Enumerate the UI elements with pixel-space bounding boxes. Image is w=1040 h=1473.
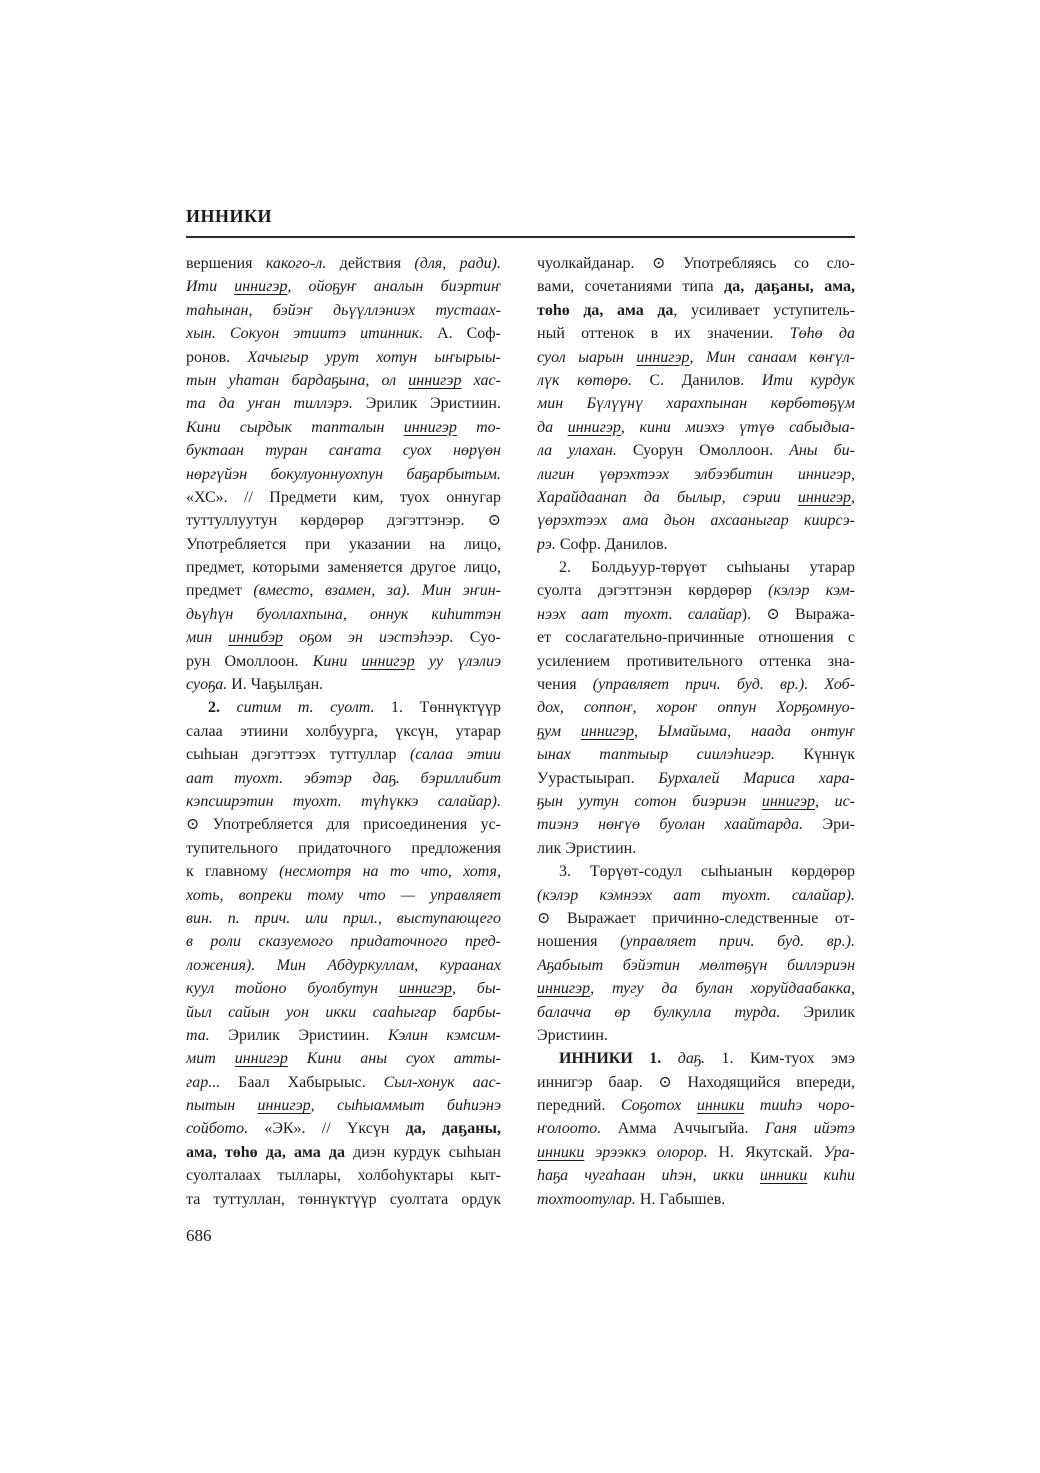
text-segment: киһи (807, 1167, 855, 1184)
text-segment: тын уһатан бардаҕына, ол (186, 372, 408, 389)
text-segment: , ойоҕуҥ аналын биэртиҥ (287, 278, 501, 295)
text-line: аат туохт. эбэтэр даҕ. бэриллибит (186, 767, 501, 790)
underlined-headword: иннигэр (636, 349, 689, 366)
text-segment: ный оттенок в их значении. (537, 325, 790, 342)
text-segment: диэн курдук сыһыан (353, 1144, 501, 1161)
text-line: вин. п. прич. или прил., выступающего (186, 907, 501, 930)
text-segment: Кини (313, 653, 362, 670)
text-segment: А. Соф- (437, 325, 501, 342)
text-segment: балачча өр булкулла турда. (537, 1004, 804, 1021)
text-line: чуолкайданар. ⊙ Употребляясь со сло- (537, 252, 855, 275)
text-segment: суолталаах тыллары, холбоһуктары кыт- (186, 1167, 501, 1184)
text-line: та да уҥан тиллэрэ. Эрилик Эристиин. (186, 392, 501, 415)
text-segment: (вместо, взамен, за). Мин эҥин- (253, 582, 501, 599)
text-line: ҥолоото. Амма Аччыгыйа. Ганя ийэтэ (537, 1117, 855, 1140)
text-segment: вами, сочетаниями типа (537, 278, 724, 295)
text-segment: дох, соппоҥ, хороҥ оппун Хорҕомнуо- (537, 699, 855, 716)
text-segment: рэ. (537, 536, 560, 553)
underlined-headword: иннигэр (234, 278, 287, 295)
text-segment: ла улахан. (537, 442, 633, 459)
text-line: мин Бүлүүнү харахпынан көрбөтөҕүм (537, 392, 855, 415)
text-segment: , усиливает уступитель- (673, 302, 855, 319)
text-segment: дьүһүн буоллахпына, оннук киһиттэн (186, 606, 501, 623)
text-segment: Эристиин. (537, 1027, 608, 1044)
underlined-headword: иннигэр (537, 980, 590, 997)
text-line: иннигэр, тугу да булан хоруйдаабакка, (537, 977, 855, 1000)
text-line: передний. Соҕотох инники тииһэ чоро- (537, 1094, 855, 1117)
text-segment: Баал Хабырыыс. (238, 1074, 383, 1091)
text-segment: мин Бүлүүнү харахпынан көрбөтөҕүм (537, 395, 855, 412)
text-segment: «ЭК». // Үксүн (264, 1120, 405, 1137)
underlined-headword: иннигэр (798, 489, 851, 506)
text-segment: Сыл-хонук аас- (384, 1074, 501, 1091)
text-segment: ынах таптыыр сиилэһигэр. (537, 746, 803, 763)
text-segment: Суо- (470, 629, 501, 646)
text-line: 3. Төрүөт-содул сыһыанын көрдөрөр (537, 860, 855, 883)
text-segment: предмет, которыми заменяется другое лицо… (186, 559, 501, 576)
text-segment: действия (340, 255, 415, 272)
text-segment: вершения (186, 255, 266, 272)
text-line: Уурастыырап. Бурхалей Мариса хара- (537, 767, 855, 790)
text-segment: лигин үөрэхтээх элбээбитин иннигэр, (537, 466, 855, 483)
text-segment: ҕум (537, 723, 581, 740)
text-segment: С. Данилов. (649, 372, 761, 389)
text-segment: төһө да, ама да (537, 302, 673, 319)
text-line: дьүһүн буоллахпына, оннук киһиттэн (186, 603, 501, 626)
text-line: салаа этиини холбуурга, үксүн, утарар (186, 720, 501, 743)
text-segment: , сыһыаммыт биһиэнэ (311, 1097, 501, 1114)
text-segment: ҕын уутун сотон биэриэн (537, 793, 762, 810)
text-segment: Ити курдук (762, 372, 855, 389)
text-segment: ситим т. суолт. (237, 699, 392, 716)
text-segment: салаа этиини холбуурга, үксүн, утарар (186, 723, 501, 740)
text-segment: Амма Аччыгыйа. (618, 1120, 765, 1137)
text-line: һаҕа чугаһаан иһэн, икки инники киһи (537, 1164, 855, 1187)
text-segment: Эри- (823, 816, 855, 833)
text-line: ный оттенок в их значении. Төһө да (537, 322, 855, 345)
text-line: тохтоотулар. Н. Габышев. (537, 1188, 855, 1211)
text-segment: Хачыгыр урут хотун ыҥырыы- (247, 349, 501, 366)
text-line: предмет, которыми заменяется другое лицо… (186, 556, 501, 579)
text-line: сойбото. «ЭК». // Үксүн да, даҕаны, (186, 1117, 501, 1140)
text-line: суолта дэгэттэнэн көрдөрөр (кэлэр кэм- (537, 579, 855, 602)
text-line: иннигэр баар. ⊙ Находящийся впереди, (537, 1071, 855, 1094)
text-segment: хын. Сокуон этиитэ итинник. (186, 325, 437, 342)
text-segment: Харайдаанап да былыр, сэрии (537, 489, 798, 506)
text-segment: (для, ради). (414, 255, 501, 272)
text-line: к главному (несмотря на то что, хотя, (186, 860, 501, 883)
text-segment: (управляет прич. буд. вр.). (620, 933, 855, 950)
text-line: ҕум иннигэр, Ымайыма, наада онтуҥ (537, 720, 855, 743)
text-line: та. Эрилик Эристиин. Кэлин кэмсим- (186, 1024, 501, 1047)
text-line: лигин үөрэхтээх элбээбитин иннигэр, (537, 463, 855, 486)
text-segment: Ура- (824, 1144, 855, 1161)
text-segment: ронов. (186, 349, 247, 366)
text-segment: даҕ. (678, 1050, 722, 1067)
text-line: туттуллуутун көрдөрөр дэгэттэнэр. ⊙ (186, 509, 501, 532)
text-segment: то- (457, 419, 501, 436)
text-segment: уу үлэлиэ (415, 653, 501, 670)
text-segment: эрээккэ олорор. (584, 1144, 718, 1161)
text-line: лик Эристиин. (537, 837, 855, 860)
text-segment: суол ыарын (537, 349, 636, 366)
text-segment: 1. Ким-туох эмэ (721, 1050, 855, 1067)
text-line: таһынан, бэйэҥ дьүүллэниэх тустаах- (186, 299, 501, 322)
text-line: инники эрээккэ олорор. Н. Якутскай. Ура- (537, 1141, 855, 1164)
text-line: вами, сочетаниями типа да, даҕаны, ама, (537, 275, 855, 298)
text-segment: , бы- (452, 980, 501, 997)
text-line: ношения (управляет прич. буд. вр.). (537, 930, 855, 953)
text-segment: Софр. Данилов. (560, 536, 668, 553)
text-segment: нээх аат туохт. салайар (537, 606, 742, 623)
text-line: пытын иннигэр, сыһыаммыт биһиэнэ (186, 1094, 501, 1117)
text-segment: ет сослагательно-причинные отношения с (537, 629, 855, 646)
text-segment: йыл сайын уон икки сааһыгар барбы- (186, 1004, 501, 1021)
text-line: тын уһатан бардаҕына, ол иннигэр хас- (186, 369, 501, 392)
text-segment: һаҕа чугаһаан иһэн, икки (537, 1167, 760, 1184)
right-column: чуолкайданар. ⊙ Употребляясь со сло-вами… (537, 252, 855, 1211)
dictionary-page: ИННИКИ вершения какого-л. действия (для,… (0, 0, 1040, 1473)
text-segment: к главному (186, 863, 279, 880)
underlined-headword: иннибэр (228, 629, 283, 646)
text-line: да иннигэр, кини миэхэ үтүө сабыдыа- (537, 416, 855, 439)
text-segment: (кэлэр кэмнээх аат туохт. салайар). (537, 887, 855, 904)
text-segment: Аҕабыыт бэйэтин мөлтөҕүн биллэриэн (537, 957, 855, 974)
text-segment: тииһэ чоро- (744, 1097, 855, 1114)
text-line: дох, соппоҥ, хороҥ оппун Хорҕомнуо- (537, 696, 855, 719)
text-segment: сыһыан дэгэттээх туттуллар (186, 746, 410, 763)
text-segment: Аны би- (789, 442, 855, 459)
text-segment: ИННИКИ 1. (559, 1050, 678, 1067)
text-segment: И. Чаҕылҕан. (231, 676, 323, 693)
text-line: ИННИКИ 1. даҕ. 1. Ким-туох эмэ (537, 1047, 855, 1070)
text-segment: буктаан туран саҥата суох нөрүөн (186, 442, 501, 459)
text-segment: передний. (537, 1097, 621, 1114)
text-segment: чуолкайданар. ⊙ Употребляясь со сло- (537, 255, 855, 272)
text-segment: Уурастыырап. (537, 770, 658, 787)
text-segment: Употребляется при указании на лицо, (186, 536, 501, 553)
text-line: куул тойоно буолбутун иннигэр, бы- (186, 977, 501, 1000)
text-segment: та туттуллан, төннүктүүр суолтата ордук (186, 1191, 501, 1208)
text-segment: Төһө да (790, 325, 855, 342)
text-line: хоть, вопреки тому что — управляет (186, 884, 501, 907)
text-segment: Н. Габышев. (640, 1191, 725, 1208)
text-line: суолталаах тыллары, холбоһуктары кыт- (186, 1164, 501, 1187)
text-segment: та да уҥан тиллэрэ. (186, 395, 366, 412)
text-line: ⊙ Выражает причинно-следственные от- (537, 907, 855, 930)
text-line: та туттуллан, төннүктүүр суолтата ордук (186, 1188, 501, 1211)
text-line: 2. ситим т. суолт. 1. Төннүктүүр (186, 696, 501, 719)
text-line: тупительного придаточного предложения (186, 837, 501, 860)
text-segment: пытын (186, 1097, 258, 1114)
text-segment: Эрилик (804, 1004, 855, 1021)
text-segment: Кэлин кэмсим- (388, 1027, 501, 1044)
text-line: ҕын уутун сотон биэриэн иннигэр, ис- (537, 790, 855, 813)
text-segment: үөрэхтээх ама дьон ахсааныгар киирсэ- (537, 512, 855, 529)
text-line: рун Омоллоон. Кини иннигэр уу үлэлиэ (186, 650, 501, 673)
text-line: Аҕабыыт бэйэтин мөлтөҕүн биллэриэн (537, 954, 855, 977)
text-segment: чения (537, 676, 593, 693)
text-segment: предмет (186, 582, 253, 599)
text-segment: да (537, 419, 568, 436)
text-line: 2. Болдьуур-төрүөт сыһыаны утарар (537, 556, 855, 579)
text-line: в роли сказуемого придаточного пред- (186, 930, 501, 953)
text-segment: ҥолоото. (537, 1120, 618, 1137)
text-segment: рун Омоллоон. (186, 653, 313, 670)
text-line: Эристиин. (537, 1024, 855, 1047)
text-line: рэ. Софр. Данилов. (537, 533, 855, 556)
header-rule (186, 236, 855, 238)
text-line: ама, төһө да, ама да диэн курдук сыһыан (186, 1141, 501, 1164)
text-line: предмет (вместо, взамен, за). Мин эҥин- (186, 579, 501, 602)
text-segment: суоҕа. (186, 676, 231, 693)
underlined-headword: инники (537, 1144, 584, 1161)
text-segment: вин. п. прич. или прил., выступающего (186, 910, 501, 927)
text-line: нээх аат туохт. салайар). ⊙ Выража- (537, 603, 855, 626)
text-segment: какого-л. (266, 255, 340, 272)
text-segment: (салаа этии (410, 746, 501, 763)
text-line: йыл сайын уон икки сааһыгар барбы- (186, 1001, 501, 1024)
text-segment: 3. Төрүөт-содул сыһыанын көрдөрөр (559, 863, 855, 880)
running-header: ИННИКИ (186, 206, 855, 227)
text-segment: «ХС». // Предмети ким, туох оннугар (186, 489, 501, 506)
underlined-headword: иннигэр (762, 793, 815, 810)
text-line: суоҕа. И. Чаҕылҕан. (186, 673, 501, 696)
text-line: ынах таптыыр сиилэһигэр. Күннүк (537, 743, 855, 766)
text-segment: аат туохт. эбэтэр даҕ. бэриллибит (186, 770, 501, 787)
text-segment: в роли сказуемого придаточного пред- (186, 933, 501, 950)
text-segment: (управляет прич. буд. вр.). Хоб- (593, 676, 855, 693)
text-line: сыһыан дэгэттээх туттуллар (салаа этии (186, 743, 501, 766)
text-line: усилением противительного оттенка зна- (537, 650, 855, 673)
text-line: чения (управляет прич. буд. вр.). Хоб- (537, 673, 855, 696)
text-line: Употребляется при указании на лицо, (186, 533, 501, 556)
text-segment: лүк көтөрө. (537, 372, 649, 389)
text-segment: Соҕотох (621, 1097, 697, 1114)
text-segment: Күннүк (803, 746, 855, 763)
text-segment: Кини аны суох атты- (288, 1050, 501, 1067)
text-segment: суолта дэгэттэнэн көрдөрөр (537, 582, 768, 599)
text-segment: таһынан, бэйэҥ дьүүллэниэх тустаах- (186, 302, 501, 319)
text-segment: ⊙ Выражает причинно-следственные от- (537, 910, 855, 927)
underlined-headword: иннигэр (581, 723, 634, 740)
underlined-headword: инники (697, 1097, 744, 1114)
text-segment: усилением противительного оттенка зна- (537, 653, 855, 670)
underlined-headword: иннигэр (258, 1097, 311, 1114)
text-segment: ношения (537, 933, 620, 950)
text-segment: Ити (186, 278, 234, 295)
text-segment: , Мин санаам көҥүл- (690, 349, 855, 366)
text-line: мит иннигэр Кини аны суох атты- (186, 1047, 501, 1070)
text-segment: Бурхалей Мариса хара- (658, 770, 855, 787)
text-segment: (кэлэр кэм- (768, 582, 855, 599)
text-line: нөргүйэн бокулуоннуохпун баҕарбытым. (186, 463, 501, 486)
text-segment: , кини миэхэ үтүө сабыдыа- (621, 419, 855, 436)
text-segment: ложения). Мин Абдуркуллам, кураанах (186, 957, 501, 974)
text-line: гар... Баал Хабырыыс. Сыл-хонук аас- (186, 1071, 501, 1094)
text-line: ет сослагательно-причинные отношения с (537, 626, 855, 649)
underlined-headword: иннигэр (235, 1050, 288, 1067)
text-segment: тиэнэ нөҥүө буолан хаайтарда. (537, 816, 823, 833)
text-segment: мит (186, 1050, 235, 1067)
text-segment: ⊙ Употребляется для присоединения ус- (186, 816, 501, 833)
text-segment: тупительного придаточного предложения (186, 840, 501, 857)
text-line: Ити иннигэр, ойоҕуҥ аналын биэртиҥ (186, 275, 501, 298)
text-segment: мин (186, 629, 228, 646)
text-segment: Суорун Омоллоон. (633, 442, 789, 459)
text-segment: лик Эристиин. (537, 840, 636, 857)
text-segment: ама, төһө да, ама да (186, 1144, 353, 1161)
underlined-headword: иннигэр (568, 419, 621, 436)
text-segment: хас- (461, 372, 501, 389)
underlined-headword: иннигэр (404, 419, 457, 436)
underlined-headword: иннигэр (362, 653, 415, 670)
text-segment: , тугу да булан хоруйдаабакка, (590, 980, 855, 997)
text-line: ронов. Хачыгыр урут хотун ыҥырыы- (186, 346, 501, 369)
text-segment: хоть, вопреки тому что — управляет (186, 887, 501, 904)
text-line: буктаан туран саҥата суох нөрүөн (186, 439, 501, 462)
text-line: ла улахан. Суорун Омоллоон. Аны би- (537, 439, 855, 462)
text-segment: тохтоотулар. (537, 1191, 640, 1208)
text-segment: 2. Болдьуур-төрүөт сыһыаны утарар (559, 559, 855, 576)
text-line: балачча өр булкулла турда. Эрилик (537, 1001, 855, 1024)
text-segment: да, даҕаны, ама, (724, 278, 855, 295)
text-segment: гар... (186, 1074, 238, 1091)
text-segment: та. (186, 1027, 228, 1044)
text-segment: Эрилик Эристиин. (366, 395, 501, 412)
text-line: ложения). Мин Абдуркуллам, кураанах (186, 954, 501, 977)
text-line: «ХС». // Предмети ким, туох оннугар (186, 486, 501, 509)
text-segment: куул тойоно буолбутун (186, 980, 399, 997)
text-line: вершения какого-л. действия (для, ради). (186, 252, 501, 275)
text-line: Харайдаанап да былыр, сэрии иннигэр, (537, 486, 855, 509)
text-segment: Эрилик Эристиин. (228, 1027, 388, 1044)
text-segment: кэпсиирэтин туохт. түһүккэ салайар). (186, 793, 501, 810)
text-line: тиэнэ нөҥүө буолан хаайтарда. Эри- (537, 813, 855, 836)
text-segment: (несмотря на то что, хотя, (279, 863, 501, 880)
text-segment: 1. Төннүктүүр (391, 699, 501, 716)
left-column: вершения какого-л. действия (для, ради).… (186, 252, 501, 1211)
underlined-headword: иннигэр (399, 980, 452, 997)
text-segment: сойбото. (186, 1120, 264, 1137)
underlined-headword: иннигэр (408, 372, 461, 389)
text-line: лүк көтөрө. С. Данилов. Ити курдук (537, 369, 855, 392)
text-segment: , ис- (815, 793, 855, 810)
text-segment: Ганя ийэтэ (765, 1120, 855, 1137)
text-segment: , (851, 489, 855, 506)
text-segment: , Ымайыма, наада онтуҥ (634, 723, 855, 740)
text-line: Кини сырдык тапталын иннигэр то- (186, 416, 501, 439)
text-segment: 2. (208, 699, 237, 716)
text-line: мин иннибэр оҕом эн иэстэһээр. Суо- (186, 626, 501, 649)
text-line: ⊙ Употребляется для присоединения ус- (186, 813, 501, 836)
text-segment: Н. Якутскай. (719, 1144, 824, 1161)
text-segment: Кини сырдык тапталын (186, 419, 404, 436)
text-segment: иннигэр баар. ⊙ Находящийся впереди, (537, 1074, 855, 1091)
text-line: үөрэхтээх ама дьон ахсааныгар киирсэ- (537, 509, 855, 532)
text-line: хын. Сокуон этиитэ итинник. А. Соф- (186, 322, 501, 345)
text-segment: да, даҕаны, (406, 1120, 501, 1137)
text-segment: ). ⊙ Выража- (742, 606, 855, 623)
text-line: суол ыарын иннигэр, Мин санаам көҥүл- (537, 346, 855, 369)
underlined-headword: инники (760, 1167, 807, 1184)
text-segment: нөргүйэн бокулуоннуохпун баҕарбытым. (186, 466, 501, 483)
text-line: төһө да, ама да, усиливает уступитель- (537, 299, 855, 322)
text-line: (кэлэр кэмнээх аат туохт. салайар). (537, 884, 855, 907)
page-number: 686 (186, 1226, 212, 1246)
text-segment: туттуллуутун көрдөрөр дэгэттэнэр. ⊙ (186, 512, 501, 529)
text-segment: оҕом эн иэстэһээр. (283, 629, 470, 646)
text-line: кэпсиирэтин туохт. түһүккэ салайар). (186, 790, 501, 813)
